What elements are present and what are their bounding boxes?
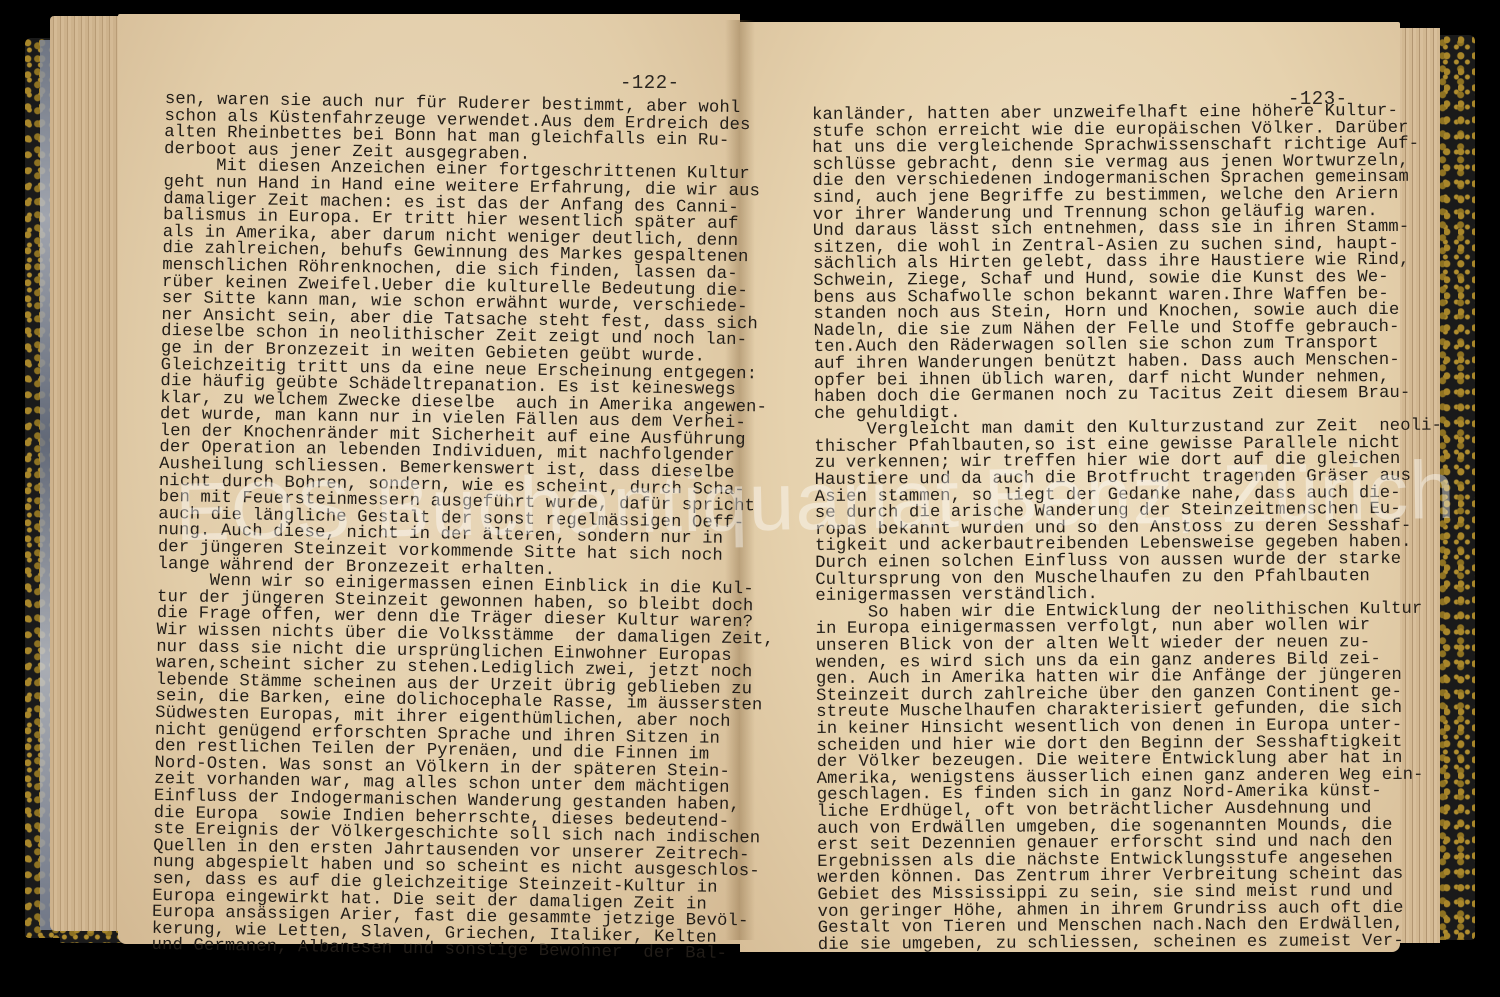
page-number-left: -122- [620, 72, 680, 94]
page-edges-left [50, 16, 125, 931]
